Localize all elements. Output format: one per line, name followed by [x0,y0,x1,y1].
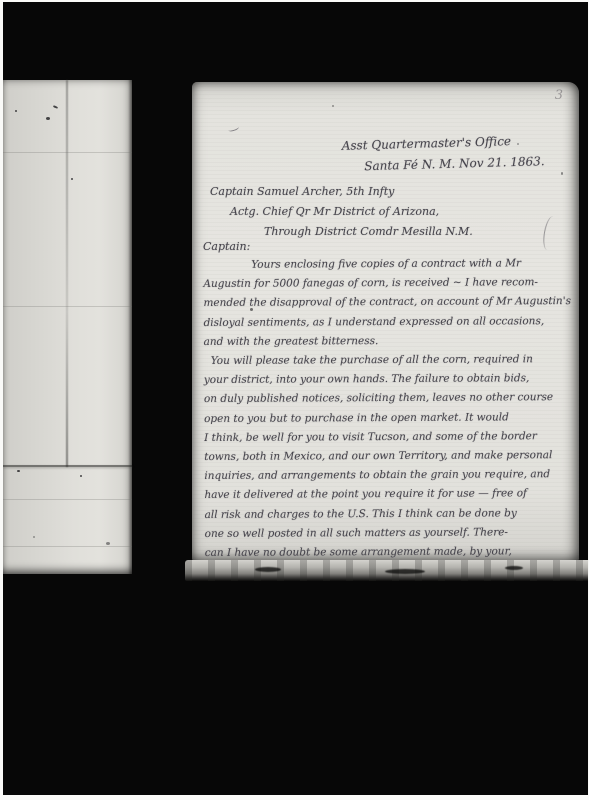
fragment-horizontal-crease [3,465,132,467]
address-line: Captain Samuel Archer, 5th Infty [210,182,473,202]
letter-heading: Asst Quartermaster's Office Santa Fé N. … [341,130,544,178]
fragment-faint-line [3,306,132,307]
paper-speck [17,470,20,472]
paper-speck [80,475,82,477]
address-block: Captain Samuel Archer, 5th Infty Actg. C… [210,182,473,242]
letter-line: inquiries, and arrangements to obtain th… [204,465,574,486]
address-line: Through District Comdr Mesilla N.M. [264,222,473,242]
ledge-blot [255,567,281,572]
letter-line: one so well posted in all such matters a… [205,523,575,544]
page-edge-ledge [185,560,588,581]
paper-speck [106,542,110,545]
ledge-blot [505,566,523,570]
letter-line: all risk and charges to the U.S. This I … [205,504,575,525]
paper-speck [71,178,73,180]
photo-background: 3 Asst Quartermaster's Office Santa Fé N… [3,2,588,795]
fragment-faint-line [3,499,132,500]
ink-flourish-mark [541,215,557,250]
ink-tick-mark [227,124,239,132]
letter-line: I think, be well for you to visit Tucson… [204,427,574,448]
letter-page: 3 Asst Quartermaster's Office Santa Fé N… [192,82,579,562]
address-line: Actg. Chief Qr Mr District of Arizona, [230,202,473,222]
letter-line: have it delivered at the point you requi… [204,484,574,505]
letter-line: towns, both in Mexico, and our own Terri… [204,446,574,467]
fragment-vertical-crease [66,80,68,467]
ledge-blot [385,569,425,574]
paper-speck [46,117,50,120]
fragment-faint-line [3,546,132,547]
paper-speck [250,308,253,311]
letter-line: Yours enclosing five copies of a contrac… [203,254,573,275]
letter-line: Augustin for 5000 fanegas of corn, is re… [203,273,573,294]
left-page-fragment [3,80,132,574]
paper-speck [517,143,519,145]
letter-line: You will please take the purchase of all… [204,350,574,371]
letter-line: disloyal sentiments, as I understand exp… [203,312,573,333]
paper-speck [332,105,334,107]
letter-line: and with the greatest bitterness. [204,331,574,352]
place-date-line: Santa Fé N. M. Nov 21. 1863. [364,151,545,177]
paper-speck [53,105,58,109]
letter-body: Yours enclosing five copies of a contrac… [203,254,575,563]
letter-line: open to you but to purchase in the open … [204,408,574,429]
fragment-faint-line [3,152,132,153]
page-number: 3 [555,88,563,103]
letter-line: on duly published notices, soliciting th… [204,388,574,409]
paper-speck [15,110,17,112]
paper-speck [561,172,563,175]
letter-line: mended the disapproval of the contract, … [203,292,573,313]
salutation: Captain: [203,240,250,253]
paper-speck [33,536,35,538]
letter-line: your district, into your own hands. The … [204,369,574,390]
